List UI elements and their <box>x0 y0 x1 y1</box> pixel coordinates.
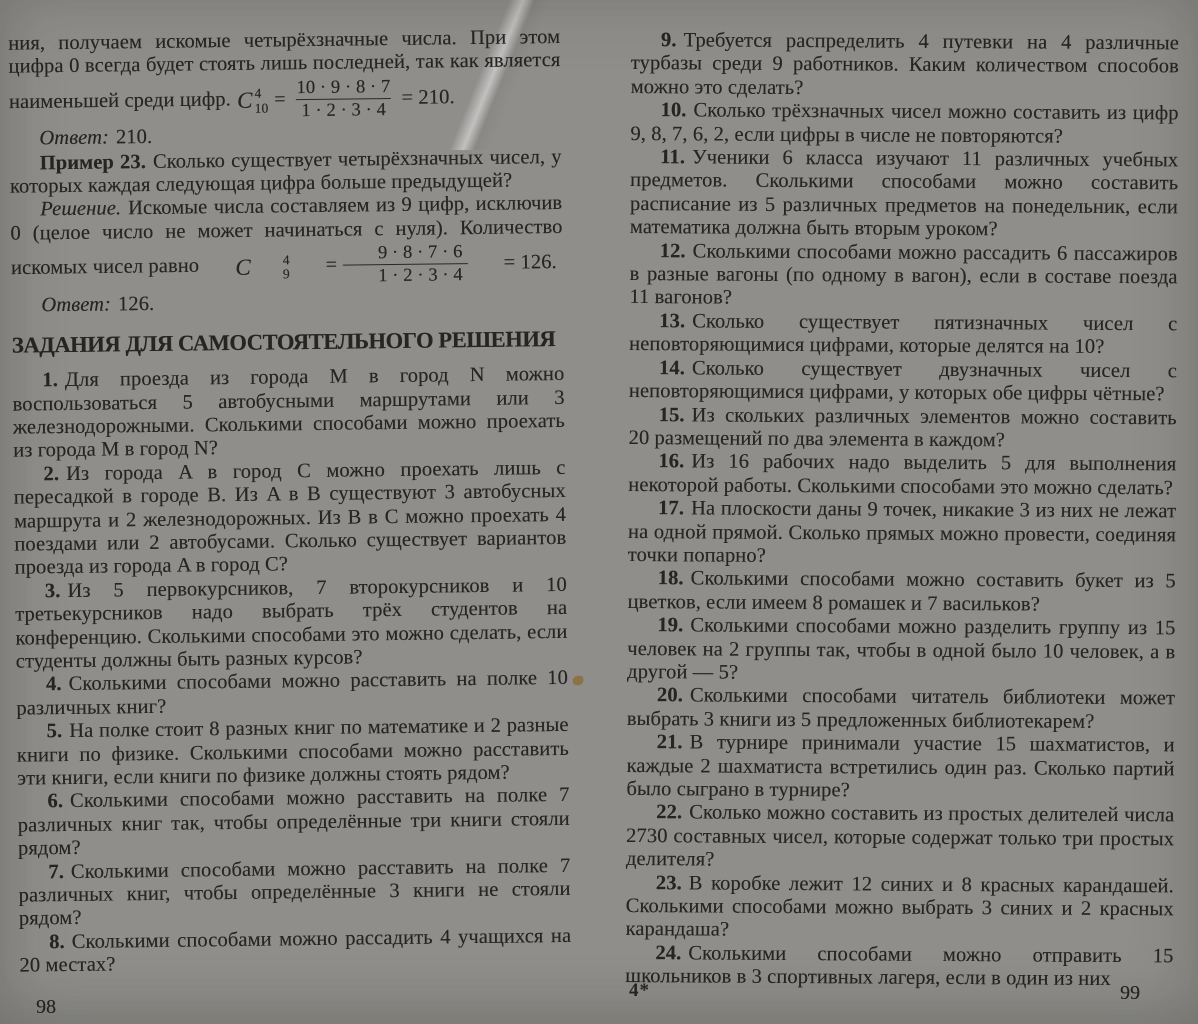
problem-text: Требуется распределить 4 путевки на 4 ра… <box>631 29 1179 99</box>
problem-number: 21. <box>657 731 683 753</box>
problem-13: 13.Сколько существует пятизначных чисел … <box>629 310 1177 360</box>
problem-number: 12. <box>660 240 686 262</box>
book-spread-scan: ния, получаем искомые четырёхзначные чис… <box>0 0 1198 1024</box>
problem-number: 17. <box>658 497 684 519</box>
problem-text: Для проезда из города M в город N можно … <box>12 363 565 462</box>
problem-7: 7.Сколькими способами можно расставить н… <box>18 855 571 932</box>
fraction-numerator: 9 · 8 · 7 · 6 <box>343 242 468 264</box>
problem-text: Сколькими способами можно расставить на … <box>16 667 568 719</box>
problem-text: Из скольких различных элементов можно со… <box>628 404 1176 451</box>
problem-number: 2. <box>43 463 59 485</box>
formula-result: = 126. <box>473 251 556 275</box>
problem-15: 15.Из скольких различных элементов можно… <box>628 403 1176 453</box>
fraction-denominator: 1 · 2 · 3 · 4 <box>343 263 468 287</box>
combinations-formula-126: C49 = 9 · 8 · 7 · 61 · 2 · 3 · 4 = 126. <box>205 241 557 289</box>
problem-8: 8.Сколькими способами можно рассадить 4 … <box>19 925 572 979</box>
problem-number: 24. <box>655 942 681 964</box>
problem-3: 3.Из 5 первокурсников, 7 второкурсников … <box>15 574 568 674</box>
fraction-denominator: 1 · 2 · 3 · 4 <box>296 98 391 122</box>
fraction: 9 · 8 · 7 · 61 · 2 · 3 · 4 <box>343 242 468 287</box>
formula-superscript: 4 <box>254 87 261 101</box>
answer-value: 126. <box>118 293 155 315</box>
equals-sign: = <box>274 88 286 112</box>
signature-mark: 4* <box>629 980 650 1002</box>
solution-paragraph: Решение.Искомые числа составляем из 9 ци… <box>10 192 563 293</box>
problem-text: В коробке лежит 12 синих и 8 красных кар… <box>625 872 1173 941</box>
problem-text: Сколькими способами можно отправить 15 ш… <box>625 942 1173 990</box>
problem-24: 24.Сколькими способами можно отправить 1… <box>625 942 1173 992</box>
fraction-numerator: 10 · 9 · 8 · 7 <box>291 77 395 99</box>
page-right: 9.Требуется распределить 4 путевки на 4 … <box>601 0 1198 1024</box>
answer-label: Ответ: <box>39 127 109 150</box>
problem-10: 10.Сколько трёхзначных чисел можно соста… <box>630 99 1178 149</box>
problem-number: 8. <box>49 931 65 953</box>
problem-number: 18. <box>658 568 684 590</box>
problem-19: 19.Сколькими способами можно разделить г… <box>627 614 1175 688</box>
problem-text: Сколькими способами читатель библиотеки … <box>627 685 1175 733</box>
problem-number: 20. <box>657 685 683 707</box>
page-left: ния, получаем искомые четырёхзначные чис… <box>0 0 598 1024</box>
problem-17: 17.На плоскости даны 9 точек, никакие 3 … <box>628 497 1176 571</box>
answer-value: 210. <box>116 126 153 148</box>
problem-number: 16. <box>658 450 684 472</box>
problem-number: 22. <box>656 802 682 824</box>
problem-text: Из 16 рабочих надо выделить 5 для выполн… <box>628 451 1176 499</box>
problem-text: Сколько существует двузначных чисел с не… <box>629 357 1177 405</box>
problem-5: 5.На полке стоит 8 разных книг по матема… <box>16 714 569 791</box>
problem-text: Сколько можно составить из простых делит… <box>626 802 1174 871</box>
example-label: Пример 23. <box>39 151 146 174</box>
formula-subscript: 9 <box>253 267 290 282</box>
solution-label: Решение. <box>40 198 121 221</box>
problem-2: 2.Из города A в город C можно проехать л… <box>13 457 566 581</box>
problem-number: 1. <box>42 369 58 391</box>
problem-number: 3. <box>45 580 61 602</box>
problem-14: 14.Сколько существует двузначных чисел с… <box>629 357 1177 407</box>
answer-label: Ответ: <box>41 293 111 316</box>
problem-number: 13. <box>659 310 685 332</box>
problem-text: Сколькими способами можно рассадить 4 уч… <box>19 925 571 977</box>
problem-text: Сколькими способами можно расставить на … <box>18 784 570 860</box>
problem-number: 9. <box>661 29 677 51</box>
problem-23: 23.В коробке лежит 12 синих и 8 красных … <box>625 872 1173 946</box>
problem-6: 6.Сколькими способами можно расставить н… <box>17 784 570 861</box>
problem-number: 6. <box>47 791 63 813</box>
problem-number: 4. <box>46 673 62 695</box>
problem-number: 23. <box>656 872 682 894</box>
fraction: 10 · 9 · 8 · 71 · 2 · 3 · 4 <box>291 77 395 122</box>
problem-text: Сколько существует пятизначных чисел с н… <box>629 310 1177 358</box>
problem-text: В турнире принимали участие 15 шахматист… <box>626 732 1174 802</box>
page-number-left: 98 <box>36 996 56 1019</box>
equals-sign: = <box>295 254 337 278</box>
formula-subscript: 10 <box>254 101 268 115</box>
section-heading: ЗАДАНИЯ ДЛЯ САМОСТОЯТЕЛЬНОГО РЕШЕНИЯ <box>12 326 564 359</box>
formula-scripts: 410 <box>254 87 268 116</box>
problem-12: 12.Сколькими способами можно рассадить 6… <box>629 240 1177 314</box>
problem-22: 22.Сколько можно составить из простых де… <box>626 801 1174 875</box>
problem-20: 20.Сколькими способами читатель библиоте… <box>627 684 1175 734</box>
formula-symbol: C <box>237 89 253 112</box>
formula-variable: C49 <box>205 252 290 281</box>
problem-4: 4.Сколькими способами можно расставить н… <box>16 667 569 721</box>
example-paragraph: Пример 23.Сколько существует четырёхзнач… <box>9 146 562 200</box>
problem-number: 19. <box>657 614 683 636</box>
formula-variable: C410 <box>237 86 269 115</box>
problem-text: Ученики 6 класса изучают 11 различных уч… <box>630 146 1179 240</box>
page-left-content: ния, получаем искомые четырёхзначные чис… <box>8 26 572 978</box>
problem-text: Из города A в город C можно проехать лиш… <box>14 457 567 579</box>
problem-number: 10. <box>660 99 686 121</box>
problem-text: Сколькими способами можно расставить на … <box>18 855 570 931</box>
formula-scripts: 49 <box>253 253 290 282</box>
problem-text: Из 5 первокурсников, 7 второкурсников и … <box>15 574 568 673</box>
page-right-content: 9.Требуется распределить 4 путевки на 4 … <box>625 29 1179 992</box>
problem-text: Сколькими способами можно составить буке… <box>627 568 1175 616</box>
problem-text: Сколькими способами можно разделить груп… <box>627 615 1175 684</box>
combinations-formula-210: C410 = 10 · 9 · 8 · 71 · 2 · 3 · 4 = 210… <box>237 76 455 122</box>
problem-number: 7. <box>48 861 64 883</box>
problem-9: 9.Требуется распределить 4 путевки на 4 … <box>631 29 1179 103</box>
problem-text: Сколько трёхзначных чисел можно составит… <box>630 100 1178 148</box>
problem-16: 16.Из 16 рабочих надо выделить 5 для вып… <box>628 450 1176 500</box>
problem-1: 1.Для проезда из города M в город N можн… <box>12 363 565 463</box>
problem-18: 18.Сколькими способами можно составить б… <box>627 567 1175 617</box>
problem-21: 21.В турнире принимали участие 15 шахмат… <box>626 731 1174 805</box>
intro-paragraph: ния, получаем искомые четырёхзначные чис… <box>8 26 561 127</box>
formula-symbol: C <box>205 255 251 279</box>
problem-text: На полке стоит 8 разных книг по математи… <box>17 714 569 790</box>
problem-number: 5. <box>46 720 62 742</box>
problem-number: 14. <box>659 357 685 379</box>
problem-11: 11.Ученики 6 класса изучают 11 различных… <box>630 146 1179 243</box>
problem-text: Сколькими способами можно рассадить 6 па… <box>629 240 1177 309</box>
page-number-right: 99 <box>1120 982 1140 1005</box>
formula-result: = 210. <box>401 86 454 110</box>
problem-text: На плоскости даны 9 точек, никакие 3 из … <box>628 497 1176 566</box>
problem-number: 15. <box>659 404 685 426</box>
problem-number: 11. <box>660 146 685 168</box>
